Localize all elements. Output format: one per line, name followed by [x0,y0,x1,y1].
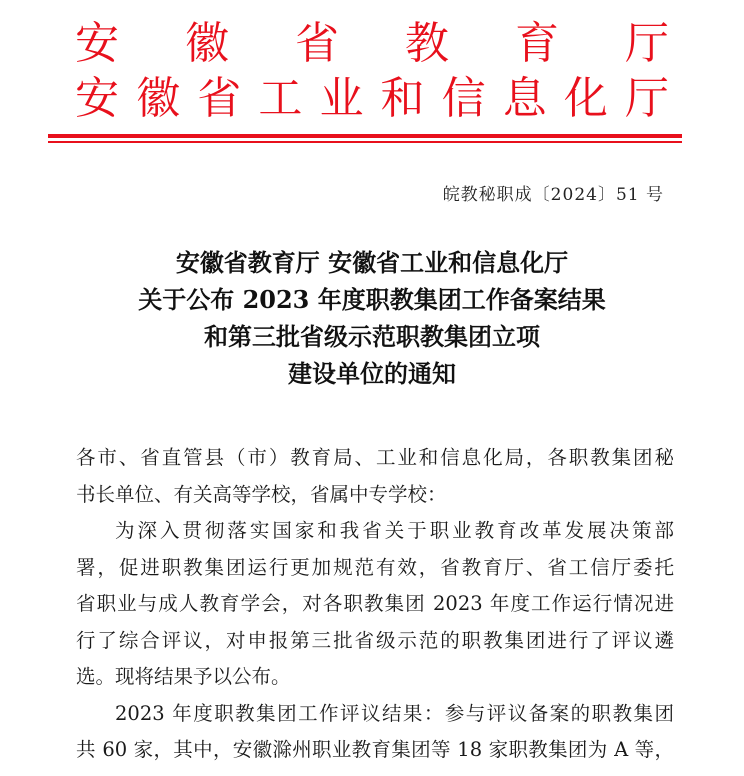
letterhead-char: 徽 [184,18,230,70]
letterhead-char: 徽 [135,73,181,125]
letterhead-char: 业 [318,73,364,125]
document-title: 安徽省教育厅 安徽省工业和信息化厅 关于公布 2023 年度职教集团工作备案结果… [0,244,744,392]
letterhead-char: 信 [441,73,487,125]
letterhead-char: 化 [563,73,609,125]
body-line-paragraph-1: 省职业与成人教育学会，对各职教集团 2023 年度工作运行情况进 [76,586,674,623]
letterhead-char: 厅 [624,73,670,125]
body-line-addressees: 书长单位、有关高等学校，省属中专学校： [76,477,674,514]
document-number: 皖教秘职成〔2024〕51 号 [443,180,664,205]
title-line: 关于公布 2023 年度职教集团工作备案结果 [0,281,744,318]
letterhead-line-education-department: 安 徽 省 教 育 厅 [74,18,670,70]
letterhead-char: 省 [294,18,340,70]
letterhead-char: 教 [404,18,450,70]
letterhead-line-industry-department: 安 徽 省 工 业 和 信 息 化 厅 [74,73,670,125]
letterhead-rule-thick [48,134,682,138]
title-line: 和第三批省级示范职教集团立项 [0,318,744,355]
title-line: 建设单位的通知 [0,355,744,392]
letterhead-char: 省 [196,73,242,125]
letterhead-char: 息 [502,73,548,125]
body-line-paragraph-1: 署，促进职教集团运行更加规范有效，省教育厅、省工信厅委托 [76,550,674,587]
body-line-paragraph-1: 行了综合评议，对申报第三批省级示范的职教集团进行了评议遴 [76,623,674,660]
letterhead-char: 育 [514,18,560,70]
body-line-paragraph-2: 2023 年度职教集团工作评议结果：参与评议备案的职教集团 [76,696,674,733]
document-body: 各市、省直管县（市）教育局、工业和信息化局，各职教集团秘 书长单位、有关高等学校… [76,440,674,769]
title-line: 安徽省教育厅 安徽省工业和信息化厅 [0,244,744,281]
letterhead-char: 工 [257,73,303,125]
letterhead-char: 安 [74,73,120,125]
letterhead-rule-thin [48,141,682,143]
body-line-paragraph-1: 为深入贯彻落实国家和我省关于职业教育改革发展决策部 [76,513,674,550]
body-line-paragraph-2: 共 60 家，其中，安徽滁州职业教育集团等 18 家职教集团为 A 等， [76,732,674,769]
letterhead-char: 安 [74,18,120,70]
letterhead-char: 厅 [624,18,670,70]
body-line-paragraph-1: 选。现将结果予以公布。 [76,659,674,696]
letterhead-char: 和 [380,73,426,125]
body-line-addressees: 各市、省直管县（市）教育局、工业和信息化局，各职教集团秘 [76,440,674,477]
